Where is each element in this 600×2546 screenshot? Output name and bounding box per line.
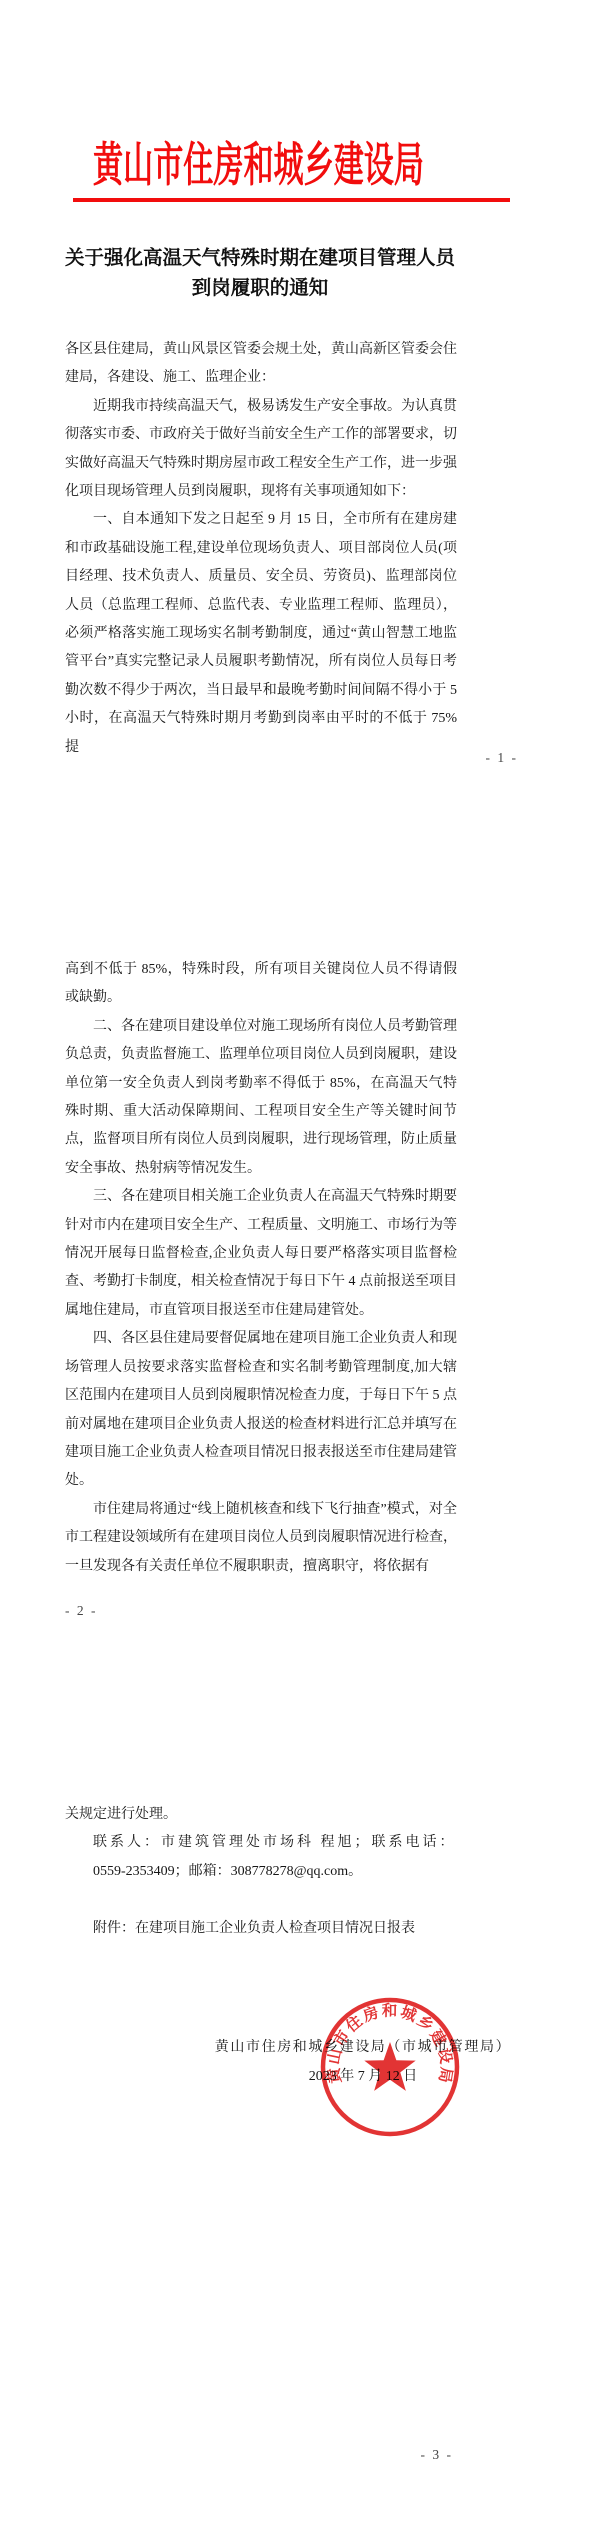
paragraph-item-4: 四、各区县住建局要督促属地在建项目施工企业负责人和现场管理人员按要求落实监督检查… [65, 1325, 457, 1495]
contact-details-line: 0559-2353409；邮箱：308778278@qq.com。 [65, 1858, 457, 1886]
attachment-line: 附件：在建项目施工企业负责人检查项目情况日报表 [65, 1915, 457, 1943]
contact-line: 联系人：市建筑管理处市场科 程旭；联系电话： [65, 1829, 457, 1857]
paragraph-inspection: 市住建局将通过“线上随机核查和线下飞行抽查”模式，对全市工程建设领域所有在建项目… [65, 1496, 457, 1581]
page1-body: 各区县住建局，黄山风景区管委会规土处，黄山高新区管委会住建局，各建设、施工、监理… [65, 336, 457, 762]
letterhead: 黄山市住房和城乡建设局 [0, 128, 516, 195]
document-title-line2: 到岗履职的通知 [60, 274, 460, 304]
document-title-line1: 关于强化高温天气特殊时期在建项目管理人员 [60, 244, 460, 274]
document-title: 关于强化高温天气特殊时期在建项目管理人员 到岗履职的通知 [60, 244, 460, 304]
paragraph-intro: 近期我市持续高温天气，极易诱发生产安全事故。为认真贯彻落实市委、市政府关于做好当… [65, 393, 457, 507]
page2-body: 高到不低于 85%，特殊时段，所有项目关键岗位人员不得请假或缺勤。 二、各在建项… [65, 956, 457, 1581]
page-number-2: - 2 - [65, 1603, 98, 1619]
paragraph-item-3: 三、各在建项目相关施工企业负责人在高温天气特殊时期要针对市内在建项目安全生产、工… [65, 1183, 457, 1325]
paragraph-closing: 关规定进行处理。 [65, 1801, 457, 1829]
page-number-3: - 3 - [340, 2447, 453, 2463]
paragraph-item-1: 一、自本通知下发之日起至 9 月 15 日，全市所有在建房建和市政基础设施工程,… [65, 506, 457, 762]
paragraph-continuation: 高到不低于 85%，特殊时段，所有项目关键岗位人员不得请假或缺勤。 [65, 956, 457, 1013]
seal-star-icon [364, 2042, 415, 2091]
page3-body: 关规定进行处理。 联系人：市建筑管理处市场科 程旭；联系电话： 0559-235… [65, 1801, 457, 1943]
official-seal: 黄山市住房和城乡建设局 [317, 1994, 463, 2140]
issuer-name: 黄山市住房和城乡建设局 [93, 128, 424, 195]
document-scan: 黄山市住房和城乡建设局 关于强化高温天气特殊时期在建项目管理人员 到岗履职的通知… [0, 0, 600, 2546]
red-divider-line [73, 198, 510, 202]
paragraph-salutation: 各区县住建局，黄山风景区管委会规土处，黄山高新区管委会住建局，各建设、施工、监理… [65, 336, 457, 393]
page-number-1: - 1 - [400, 750, 518, 766]
paragraph-item-2: 二、各在建项目建设单位对施工现场所有岗位人员考勤管理负总责，负责监督施工、监理单… [65, 1013, 457, 1183]
